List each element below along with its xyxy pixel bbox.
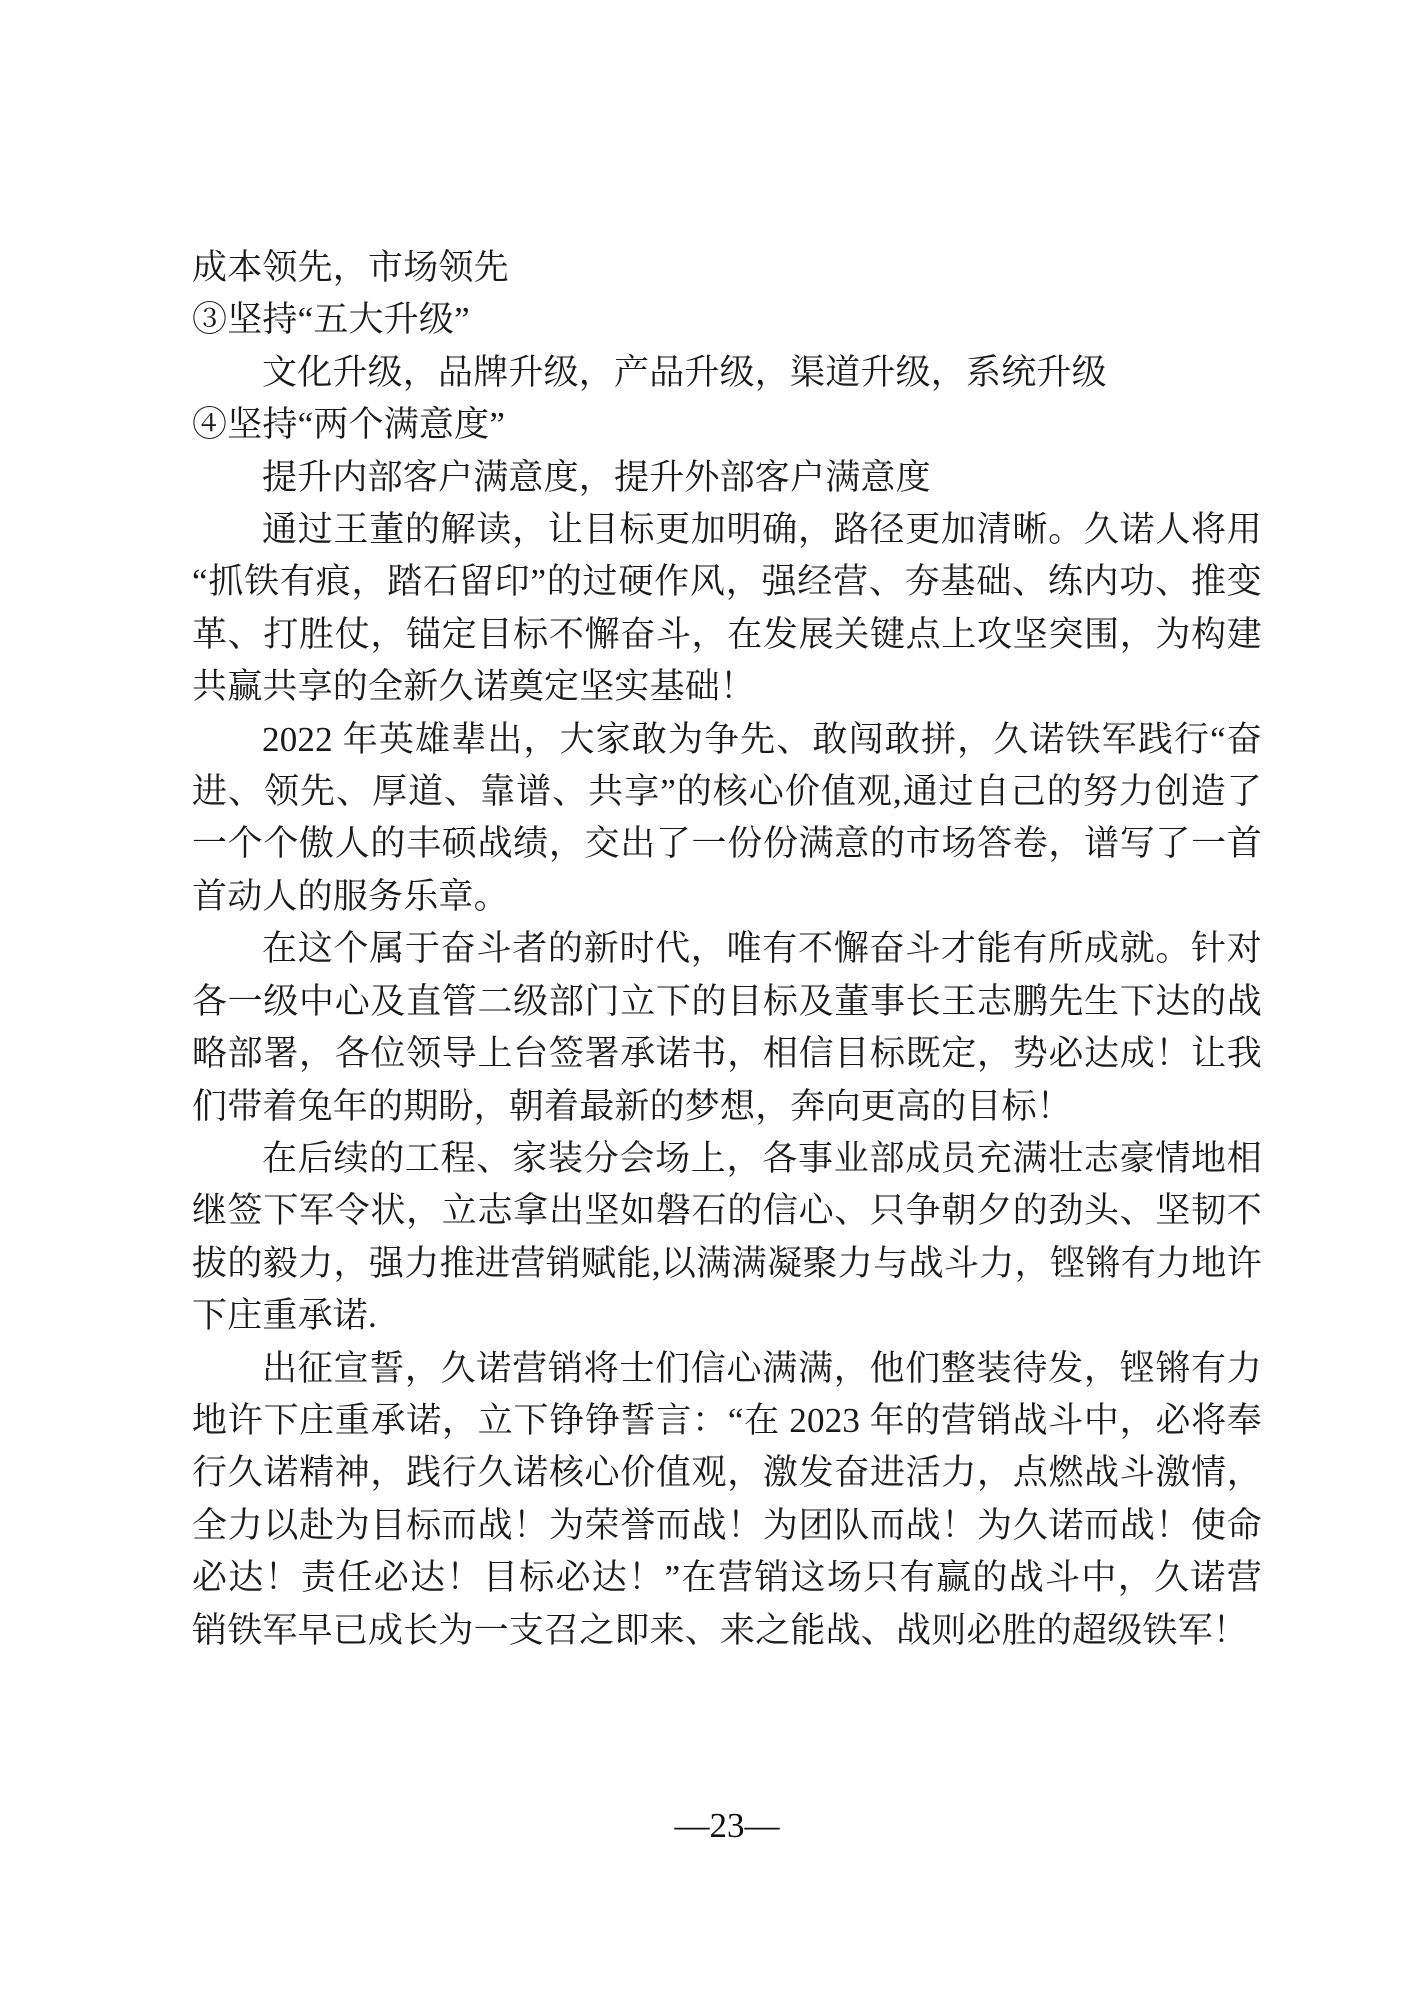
paragraph: 通过王董的解读，让目标更加明确，路径更加清晰。久诺人将用“抓铁有痕，踏石留印”的… (192, 504, 1262, 714)
paragraph: ③坚持“五大升级” (192, 294, 1262, 346)
text-block: 成本领先，市场领先③坚持“五大升级”文化升级，品牌升级，产品升级，渠道升级，系统… (192, 242, 1262, 1657)
paragraph: 提升内部客户满意度，提升外部客户满意度 (192, 452, 1262, 504)
document-page: 成本领先，市场领先③坚持“五大升级”文化升级，品牌升级，产品升级，渠道升级，系统… (0, 0, 1415, 2000)
paragraph: 成本领先，市场领先 (192, 242, 1262, 294)
paragraph: 文化升级，品牌升级，产品升级，渠道升级，系统升级 (192, 347, 1262, 399)
paragraph: 在后续的工程、家装分会场上，各事业部成员充满壮志豪情地相继签下军令状，立志拿出坚… (192, 1133, 1262, 1343)
paragraph: 在这个属于奋斗者的新时代，唯有不懈奋斗才能有所成就。针对各一级中心及直管二级部门… (192, 923, 1262, 1133)
paragraph: ④坚持“两个满意度” (192, 399, 1262, 451)
page-number: —23— (192, 1804, 1262, 1848)
paragraph: 出征宣誓，久诺营销将士们信心满满，他们整装待发，铿锵有力地许下庄重承诺，立下铮铮… (192, 1343, 1262, 1657)
paragraph: 2022 年英雄辈出，大家敢为争先、敢闯敢拼，久诺铁军践行“奋进、领先、厚道、靠… (192, 714, 1262, 924)
